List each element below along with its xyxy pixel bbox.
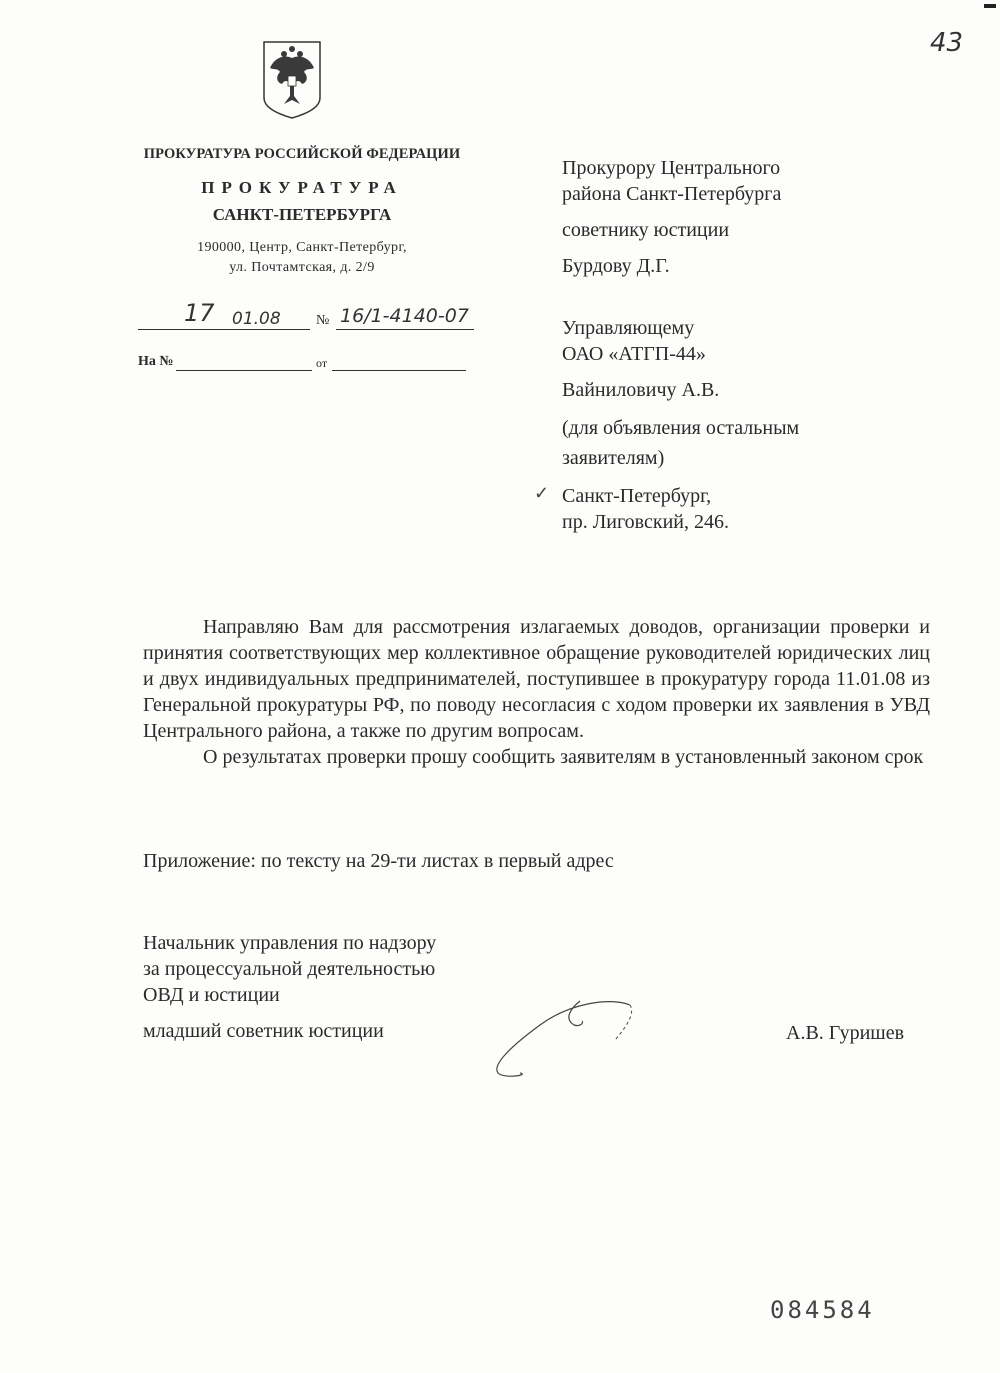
appendix-note: Приложение: по тексту на 29-ти листах в …	[143, 850, 614, 873]
recipient-2-name: Вайниловичу А.В.	[562, 377, 882, 403]
recipient-2-street: пр. Лиговский, 246.	[562, 509, 882, 535]
signatory-title-line-2: за процессуальной деятельностью	[143, 956, 436, 982]
letter-body: Направляю Вам для рассмотрения излагаемы…	[143, 614, 930, 770]
recipient-2-line-1: Управляющему	[562, 315, 882, 341]
serial-number: 084584	[770, 1296, 875, 1324]
page-number: 43	[930, 28, 963, 58]
org-city: САНКТ-ПЕТЕРБУРГА	[138, 205, 466, 225]
recipients-block: Прокурору Центрального района Санкт-Пете…	[562, 155, 882, 545]
org-title: ПРОКУРАТУРА	[138, 178, 466, 198]
recipient-1-rank: советнику юстиции	[562, 217, 882, 243]
handwritten-signature-icon	[490, 995, 640, 1080]
signatory-title-line-1: Начальник управления по надзору	[143, 930, 436, 956]
signatory-title: Начальник управления по надзору за проце…	[143, 930, 436, 1008]
incoming-reference: На № от	[138, 354, 478, 374]
coat-of-arms-icon	[262, 40, 322, 120]
body-paragraph-1: Направляю Вам для рассмотрения излагаемы…	[143, 614, 930, 744]
date-underline	[138, 329, 310, 330]
recipient-2-line-2: ОАО «АТГП-44»	[562, 341, 882, 367]
outgoing-reference: 17 01.08 № 16/1-4140-07	[138, 303, 478, 333]
check-mark-icon: ✓	[534, 483, 549, 504]
recipient-1-line-1: Прокурору Центрального	[562, 155, 882, 181]
handwritten-number: 16/1-4140-07	[340, 305, 469, 327]
corner-mark	[984, 4, 996, 8]
recipient-2-city: Санкт-Петербург,	[562, 483, 882, 509]
reply-date-field	[332, 370, 466, 371]
body-paragraph-2: О результатах проверки прошу сообщить за…	[143, 744, 930, 770]
recipient-1-name: Бурдову Д.Г.	[562, 253, 882, 279]
address-line-1: 190000, Центр, Санкт-Петербург,	[138, 238, 466, 258]
org-federal-header: ПРОКУРАТУРА РОССИЙСКОЙ ФЕДЕРАЦИИ	[138, 146, 466, 163]
recipient-2-note-line-1: (для объявления остальным	[562, 413, 882, 443]
org-address: 190000, Центр, Санкт-Петербург, ул. Почт…	[138, 238, 466, 278]
reply-number-field	[176, 370, 312, 371]
address-line-2: ул. Почтамтская, д. 2/9	[138, 258, 466, 278]
signatory-title-line-3: ОВД и юстиции	[143, 982, 436, 1008]
recipient-1-position: Прокурору Центрального района Санкт-Пете…	[562, 155, 882, 207]
recipient-2-note: (для объявления остальным заявителям)	[562, 413, 882, 473]
signatory-name: А.В. Гуришев	[786, 1022, 904, 1045]
signatory-rank: младший советник юстиции	[143, 1020, 384, 1043]
recipient-2-note-line-2: заявителям)	[562, 443, 882, 473]
handwritten-day: 17	[184, 299, 215, 327]
recipient-1-line-2: района Санкт-Петербурга	[562, 181, 882, 207]
number-label: №	[316, 313, 329, 329]
recipient-2-position: Управляющему ОАО «АТГП-44»	[562, 315, 882, 367]
handwritten-date: 01.08	[232, 309, 281, 329]
reply-label: На №	[138, 354, 173, 370]
number-underline	[336, 329, 474, 330]
recipient-2-address: Санкт-Петербург, пр. Лиговский, 246.	[562, 483, 882, 535]
from-label: от	[316, 356, 327, 371]
